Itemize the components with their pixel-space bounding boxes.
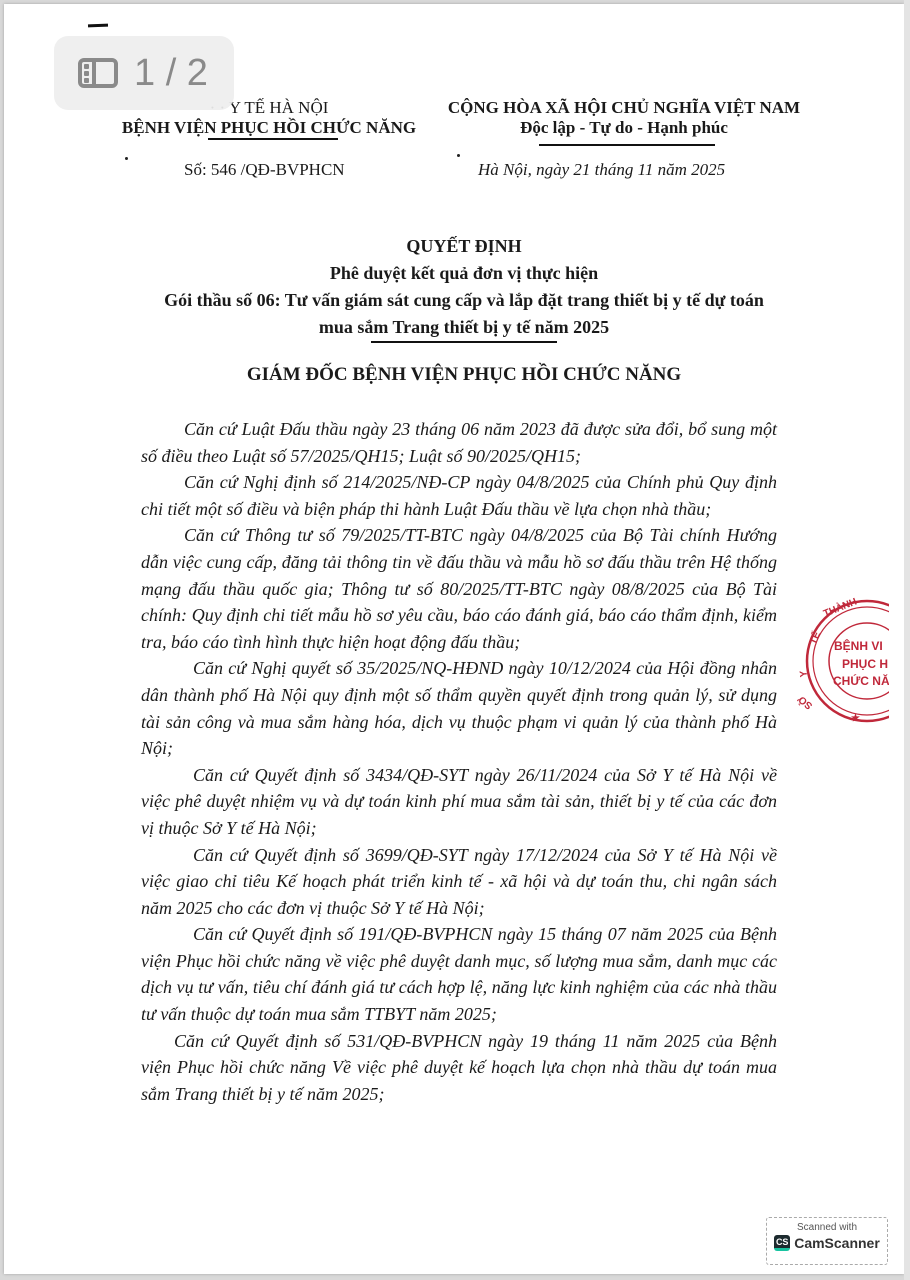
header-right: CỘNG HÒA XÃ HỘI CHỦ NGHĨA VIỆT NAM Độc l… — [424, 98, 824, 138]
place-date: Hà Nội, ngày 21 tháng 11 năm 2025 — [478, 160, 725, 180]
hospital-name: BỆNH VIỆN PHỤC HỒI CHỨC NĂNG — [104, 118, 434, 138]
page-counter: 1 / 2 — [134, 52, 208, 95]
camscanner-logo-icon: CS — [774, 1235, 790, 1251]
watermark-brand: CamScanner — [794, 1235, 880, 1251]
sidebar-pages-icon[interactable] — [78, 58, 118, 88]
basis-paragraph: Căn cứ Quyết định số 531/QĐ-BVPHCN ngày … — [141, 1028, 777, 1108]
motto: Độc lập - Tự do - Hạnh phúc — [424, 118, 824, 138]
seal-top-arc: THÀNH — [821, 595, 858, 620]
decision-subject-3: mua sắm Trang thiết bị y tế năm 2025 — [124, 314, 804, 341]
motto-underline — [539, 144, 715, 146]
viewer-edge — [904, 0, 910, 1280]
watermark-caption: Scanned with — [767, 1222, 887, 1233]
legal-bases: Căn cứ Luật Đấu thầu ngày 23 tháng 06 nă… — [141, 416, 777, 1107]
camscanner-watermark: Scanned with CS CamScanner — [766, 1217, 888, 1265]
speck — [457, 154, 460, 157]
seal-line-1: BỆNH VI — [834, 638, 883, 653]
official-seal: THÀNH TẾ Y SỞ BỆNH VI PHỤC H CHỨC NĂ ★ — [785, 595, 910, 725]
decision-type: QUYẾT ĐỊNH — [124, 233, 804, 260]
country-name: CỘNG HÒA XÃ HỘI CHỦ NGHĨA VIỆT NAM — [424, 98, 824, 118]
seal-line-3: CHỨC NĂ — [833, 673, 889, 688]
page-indicator[interactable]: 1 / 2 — [54, 36, 234, 110]
svg-text:Y: Y — [798, 670, 810, 678]
scan-mark — [88, 24, 108, 28]
decision-title: QUYẾT ĐỊNH Phê duyệt kết quả đơn vị thực… — [124, 233, 804, 341]
document-number: Số: 546 /QĐ-BVPHCN — [184, 160, 345, 180]
decision-subject-2: Gói thầu số 06: Tư vấn giám sát cung cấp… — [124, 287, 804, 314]
basis-paragraph: Căn cứ Luật Đấu thầu ngày 23 tháng 06 nă… — [141, 416, 777, 469]
seal-line-2: PHỤC H — [842, 657, 888, 671]
svg-text:★: ★ — [851, 713, 860, 724]
document-page: · · Y TẾ HÀ NỘI BỆNH VIỆN PHỤC HỒI CHỨC … — [4, 4, 904, 1274]
decision-subject-1: Phê duyệt kết quả đơn vị thực hiện — [124, 260, 804, 287]
basis-paragraph: Căn cứ Nghị định số 214/2025/NĐ-CP ngày … — [141, 469, 777, 522]
svg-text:SỞ: SỞ — [795, 693, 815, 713]
speck — [125, 157, 128, 160]
basis-paragraph: Căn cứ Quyết định số 3434/QĐ-SYT ngày 26… — [141, 762, 777, 842]
title-underline — [371, 341, 557, 343]
basis-paragraph: Căn cứ Quyết định số 191/QĐ-BVPHCN ngày … — [141, 921, 777, 1027]
basis-paragraph: Căn cứ Thông tư số 79/2025/TT-BTC ngày 0… — [141, 522, 777, 655]
basis-paragraph: Căn cứ Nghị quyết số 35/2025/NQ-HĐND ngà… — [141, 655, 777, 761]
issuer-heading: GIÁM ĐỐC BỆNH VIỆN PHỤC HỒI CHỨC NĂNG — [124, 364, 804, 386]
basis-paragraph: Căn cứ Quyết định số 3699/QĐ-SYT ngày 17… — [141, 842, 777, 922]
hospital-underline — [208, 138, 338, 140]
